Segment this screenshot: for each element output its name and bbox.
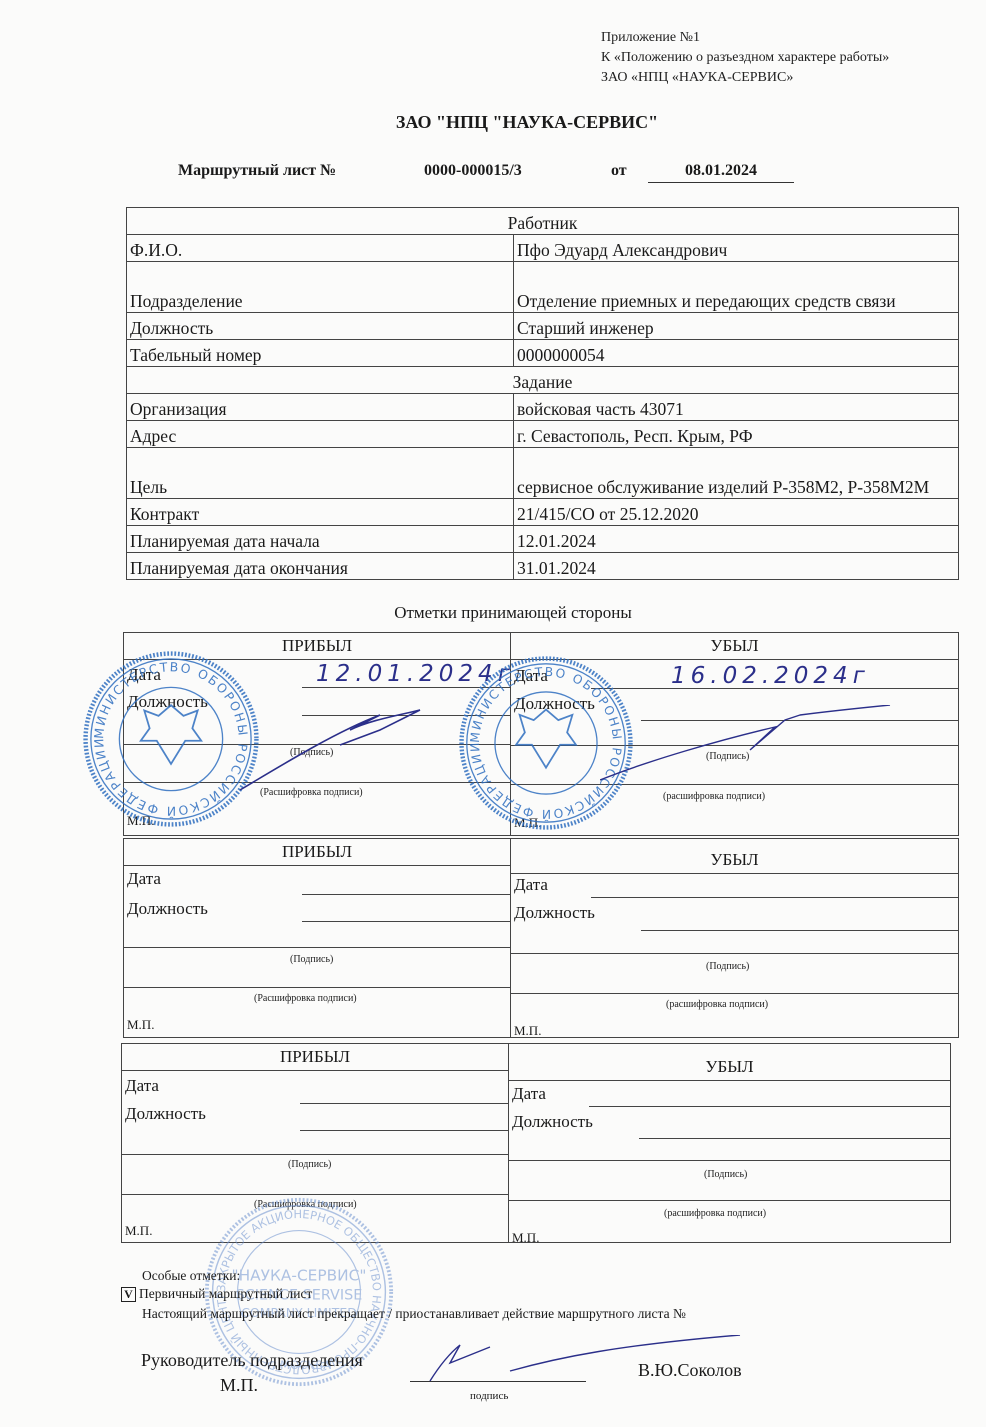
signature-arrived — [230, 690, 430, 800]
table-row: Табельный номер 0000000054 — [127, 340, 959, 367]
table-row: Цель сервисное обслуживание изделий Р-35… — [127, 448, 959, 499]
departed-title: УБЫЛ — [509, 1054, 950, 1081]
field-value: 21/415/СО от 25.12.2020 — [514, 499, 959, 526]
route-info-table: Работник Ф.И.О. Пфо Эдуард Александрович… — [126, 207, 959, 580]
field-value: сервисное обслуживание изделий Р-358М2, … — [514, 448, 959, 499]
signature-caption: (Подпись) — [704, 1169, 747, 1180]
field-label: Табельный номер — [127, 340, 514, 367]
position-label: Должность — [512, 1112, 593, 1132]
date-label: Дата — [514, 875, 548, 895]
appendix-note: Приложение №1 К «Положению о разъездном … — [601, 28, 889, 88]
arrived-title: ПРИБЫЛ — [124, 633, 510, 660]
department-head-signature-caption: подпись — [470, 1390, 508, 1402]
table-row: Должность Старший инженер — [127, 313, 959, 340]
arrived-title: ПРИБЫЛ — [122, 1044, 508, 1071]
seal-place-label: М.П. — [125, 1223, 152, 1239]
field-value: Пфо Эдуард Александрович — [514, 235, 959, 262]
field-label: Организация — [127, 394, 514, 421]
departed-title: УБЫЛ — [511, 847, 958, 874]
suspend-route-sheet-text: Настоящий маршрутный лист прекращает / п… — [142, 1306, 686, 1322]
handwritten-date: 12.01.2024г — [316, 661, 515, 687]
table-row: Планируемая дата начала 12.01.2024 — [127, 526, 959, 553]
date-field[interactable] — [589, 1106, 950, 1107]
field-value: г. Севастополь, Респ. Крым, РФ — [514, 421, 959, 448]
task-section-title: Задание — [127, 367, 959, 394]
seal-place-label: М.П. — [512, 1230, 539, 1246]
table-row: Ф.И.О. Пфо Эдуард Александрович — [127, 235, 959, 262]
divider — [124, 987, 510, 988]
position-field[interactable] — [639, 1138, 950, 1139]
signature-caption: (Подпись) — [290, 954, 333, 965]
appendix-line-3: ЗАО «НПЦ «НАУКА-СЕРВИС» — [601, 68, 889, 88]
position-label: Должность — [125, 1104, 206, 1124]
signature-departed — [600, 705, 900, 785]
field-label: Должность — [127, 313, 514, 340]
decode-caption: (Расшифровка подписи) — [254, 993, 357, 1004]
divider — [509, 1200, 950, 1201]
date-label: Дата — [127, 665, 161, 685]
receiving-party-marks-title: Отметки принимающей стороны — [20, 603, 986, 623]
department-head-signature-field[interactable] — [410, 1381, 586, 1382]
mark-block-2: ПРИБЫЛ Дата Должность (Подпись) (Расшифр… — [123, 838, 959, 1038]
svg-text:"НАУКА-СЕРВИС": "НАУКА-СЕРВИС" — [232, 1266, 367, 1284]
field-value: 12.01.2024 — [514, 526, 959, 553]
company-title: ЗАО "НПЦ "НАУКА-СЕРВИС" — [34, 112, 986, 133]
departed-column: УБЫЛ Дата Должность (Подпись) (расшифров… — [509, 1044, 950, 1242]
primary-route-sheet-label: Первичный маршрутный лист — [139, 1286, 312, 1302]
divider — [124, 947, 510, 948]
table-row: Адрес г. Севастополь, Респ. Крым, РФ — [127, 421, 959, 448]
divider — [511, 993, 958, 994]
position-label: Должность — [127, 692, 208, 712]
divider — [511, 953, 958, 954]
departed-title: УБЫЛ — [511, 633, 958, 660]
department-head-title: Руководитель подразделения — [141, 1350, 363, 1371]
route-sheet-label: Маршрутный лист № — [178, 162, 336, 180]
field-label: Цель — [127, 448, 514, 499]
seal-place-label: М.П. — [514, 815, 541, 831]
position-label: Должность — [514, 694, 595, 714]
position-field[interactable] — [300, 1130, 508, 1131]
table-row: Подразделение Отделение приемных и перед… — [127, 262, 959, 313]
special-marks-label: Особые отметки: — [142, 1268, 240, 1284]
departed-column: УБЫЛ Дата Должность (Подпись) (расшифров… — [511, 839, 958, 1037]
date-field[interactable] — [302, 894, 510, 895]
department-head-name: В.Ю.Соколов — [638, 1360, 742, 1381]
field-label: Контракт — [127, 499, 514, 526]
seal-place-label: М.П. — [514, 1023, 541, 1039]
signature-caption: (Подпись) — [288, 1159, 331, 1170]
date-field[interactable] — [300, 1103, 508, 1104]
route-sheet-number: 0000-000015/3 — [424, 162, 522, 180]
field-value: Старший инженер — [514, 313, 959, 340]
table-row: Контракт 21/415/СО от 25.12.2020 — [127, 499, 959, 526]
field-label: Планируемая дата начала — [127, 526, 514, 553]
date-field[interactable] — [591, 897, 958, 898]
field-value: войсковая часть 43071 — [514, 394, 959, 421]
appendix-line-1: Приложение №1 — [601, 28, 889, 48]
table-row: Организация войсковая часть 43071 — [127, 394, 959, 421]
decode-caption: (расшифровка подписи) — [666, 999, 768, 1010]
divider — [509, 1160, 950, 1161]
arrived-column: ПРИБЫЛ Дата Должность (Подпись) (Расшифр… — [124, 839, 511, 1037]
decode-caption: (расшифровка подписи) — [663, 791, 765, 802]
mark-block-3: ПРИБЫЛ Дата Должность (Подпись) (Расшифр… — [121, 1043, 951, 1243]
date-label: Дата — [127, 869, 161, 889]
field-label: Ф.И.О. — [127, 235, 514, 262]
seal-place-label: М.П. — [127, 1017, 154, 1033]
field-label: Планируемая дата окончания — [127, 553, 514, 580]
field-value: 31.01.2024 — [514, 553, 959, 580]
appendix-line-2: К «Положению о разъездном характере рабо… — [601, 48, 889, 68]
decode-caption: (расшифровка подписи) — [664, 1208, 766, 1219]
field-label: Подразделение — [127, 262, 514, 313]
route-sheet-from-label: от — [611, 162, 627, 180]
position-label: Должность — [514, 903, 595, 923]
arrived-title: ПРИБЫЛ — [124, 839, 510, 866]
handwritten-date: 16.02.2024г — [671, 663, 870, 689]
date-label: Дата — [125, 1076, 159, 1096]
primary-route-sheet-checkbox[interactable]: V — [121, 1287, 136, 1302]
field-value: Отделение приемных и передающих средств … — [514, 262, 959, 313]
decode-caption: (Расшифровка подписи) — [254, 1199, 357, 1210]
department-head-seal-label: М.П. — [220, 1375, 258, 1396]
date-field[interactable] — [302, 687, 510, 688]
date-label: Дата — [514, 666, 548, 686]
field-label: Адрес — [127, 421, 514, 448]
position-label: Должность — [127, 899, 208, 919]
divider — [122, 1194, 508, 1195]
field-value: 0000000054 — [514, 340, 959, 367]
signature-caption: (Подпись) — [706, 961, 749, 972]
route-sheet-date: 08.01.2024 — [648, 162, 794, 183]
primary-route-sheet-option[interactable]: V Первичный маршрутный лист — [121, 1286, 312, 1302]
divider — [122, 1154, 508, 1155]
position-field[interactable] — [641, 930, 958, 931]
position-field[interactable] — [302, 921, 510, 922]
employee-section-title: Работник — [127, 208, 959, 235]
arrived-column: ПРИБЫЛ Дата Должность (Подпись) (Расшифр… — [122, 1044, 509, 1242]
date-label: Дата — [512, 1084, 546, 1104]
table-row: Планируемая дата окончания 31.01.2024 — [127, 553, 959, 580]
seal-place-label: М.П. — [127, 813, 154, 829]
